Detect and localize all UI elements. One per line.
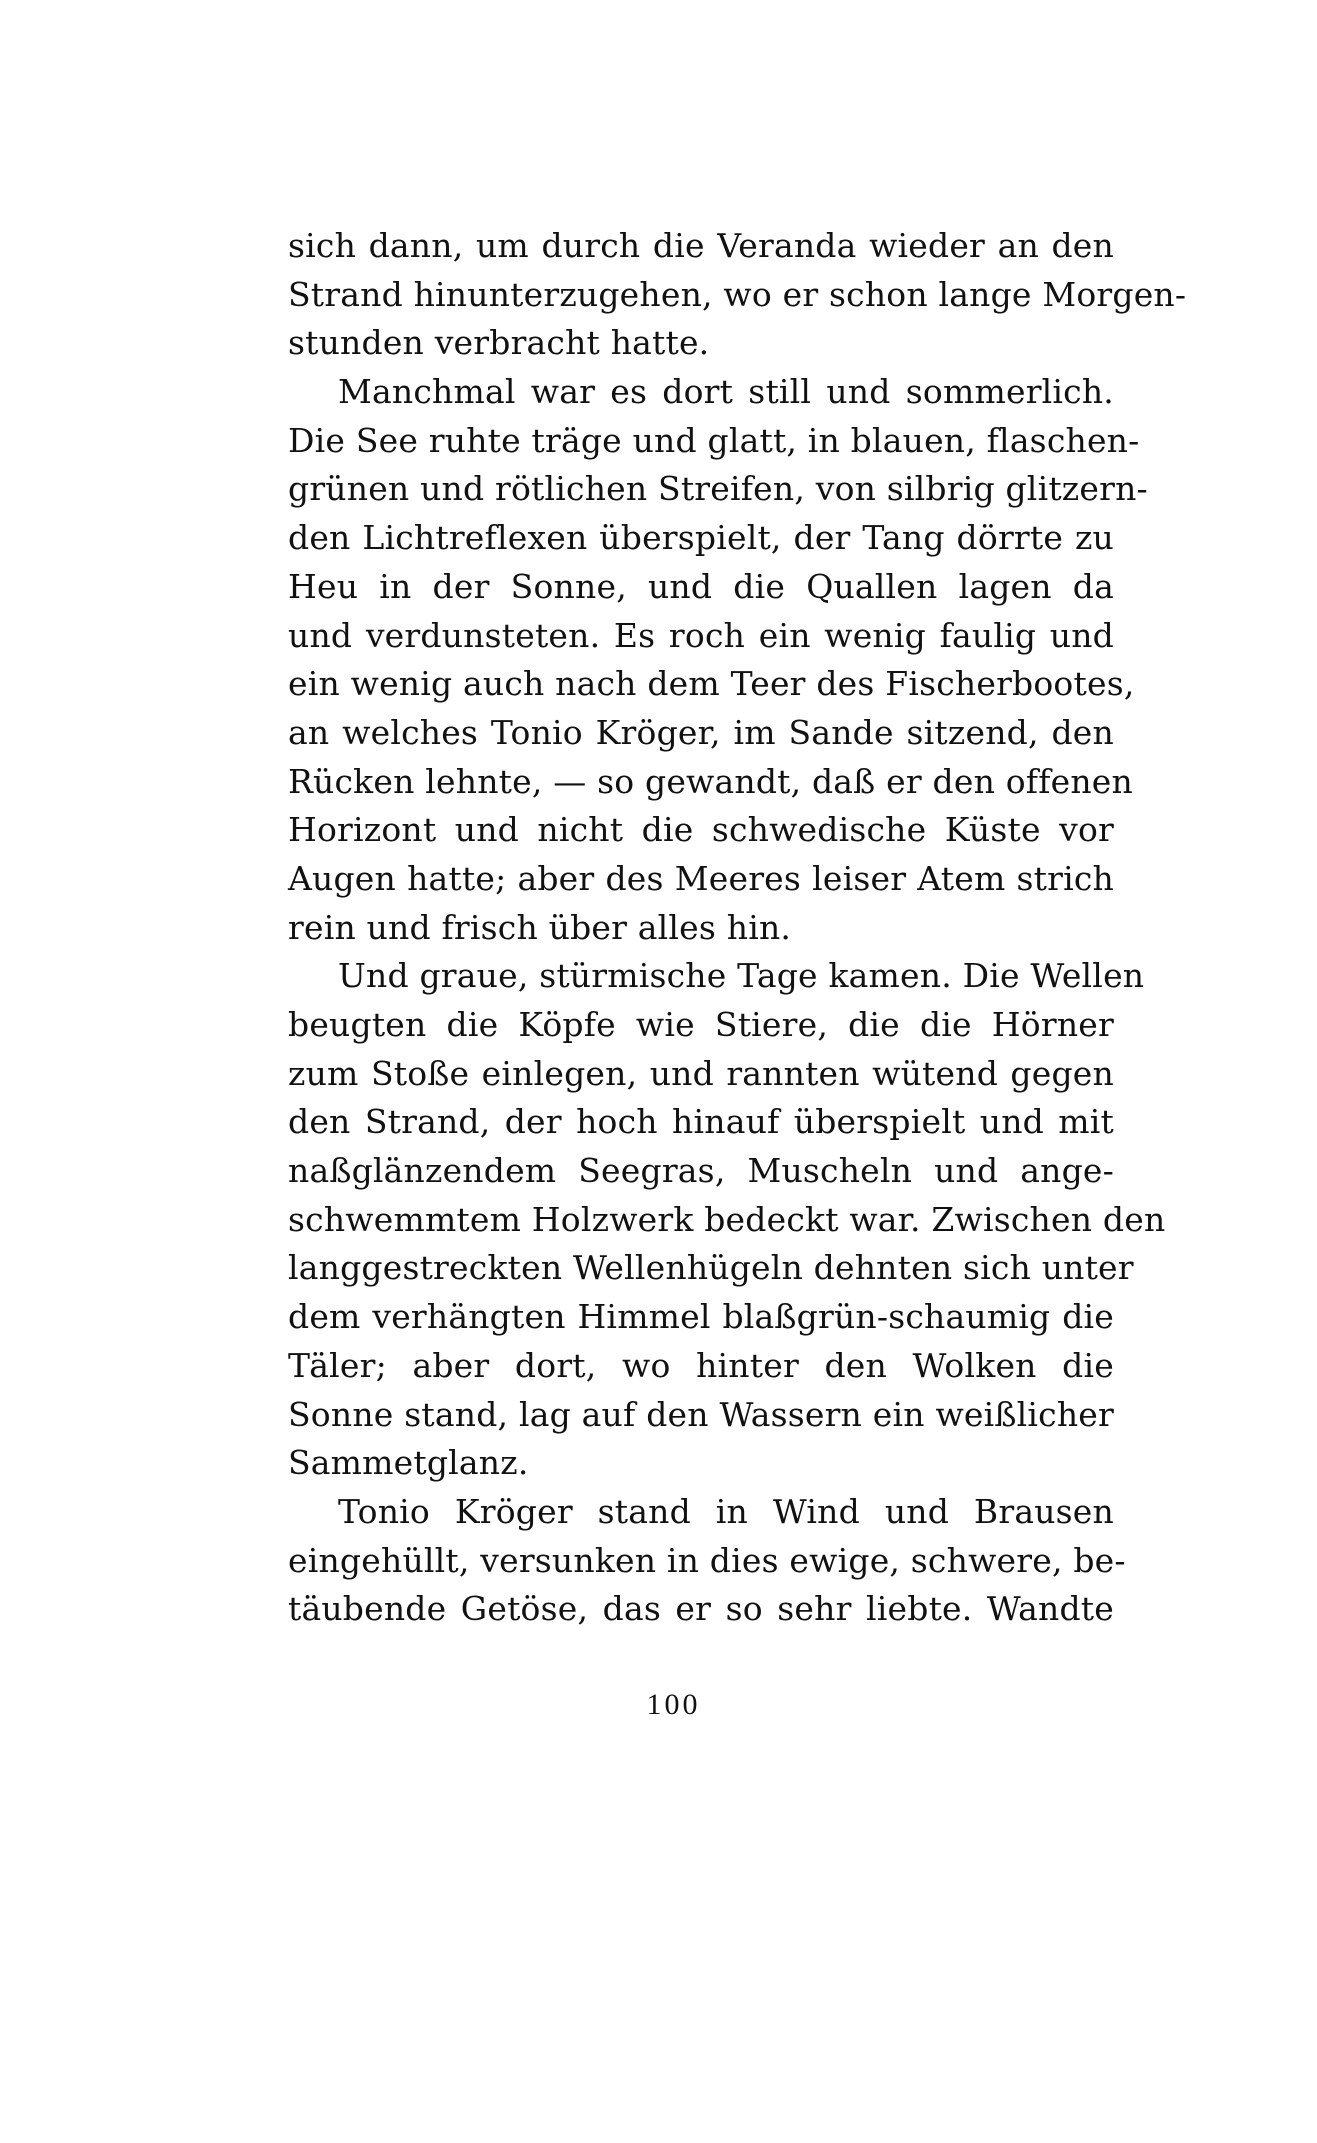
text-line: Die See ruhte träge und glatt, in blauen… xyxy=(288,417,1114,466)
paragraph-3: Und graue, stürmische Tage kamen. Die We… xyxy=(288,952,1114,1488)
text-line: an welches Tonio Kröger, im Sande sitzen… xyxy=(288,709,1114,758)
text-line: beugten die Köpfe wie Stiere, die die Hö… xyxy=(288,1001,1114,1050)
text-line: grünen und rötlichen Streifen, von silbr… xyxy=(288,465,1114,514)
text-line: Tonio Kröger stand in Wind und Brausen xyxy=(288,1488,1114,1537)
body-text: sich dann, um durch die Veranda wieder a… xyxy=(288,222,1114,1634)
text-line: und verdunsteten. Es roch ein wenig faul… xyxy=(288,612,1114,661)
text-line: eingehüllt, versunken in dies ewige, sch… xyxy=(288,1537,1114,1586)
text-line: schwemmtem Holzwerk bedeckt war. Zwische… xyxy=(288,1196,1114,1245)
text-line: zum Stoße einlegen, und rannten wütend g… xyxy=(288,1050,1114,1099)
text-line: stunden verbracht hatte. xyxy=(288,319,1114,368)
text-line: Heu in der Sonne, und die Quallen lagen … xyxy=(288,563,1114,612)
text-line: Täler; aber dort, wo hinter den Wolken d… xyxy=(288,1342,1114,1391)
text-line: sich dann, um durch die Veranda wieder a… xyxy=(288,222,1114,271)
text-line: Manchmal war es dort still und sommerlic… xyxy=(288,368,1114,417)
text-line: langgestreckten Wellenhügeln dehnten sic… xyxy=(288,1244,1114,1293)
text-line: rein und frisch über alles hin. xyxy=(288,904,1114,953)
text-line: Rücken lehnte, — so gewandt, daß er den … xyxy=(288,758,1114,807)
text-line: den Strand, der hoch hinauf überspielt u… xyxy=(288,1098,1114,1147)
text-line: Horizont und nicht die schwedische Küste… xyxy=(288,806,1114,855)
text-line: täubende Getöse, das er so sehr liebte. … xyxy=(288,1585,1114,1634)
text-line: naßglänzendem Seegras, Muscheln und ange… xyxy=(288,1147,1114,1196)
book-page: sich dann, um durch die Veranda wieder a… xyxy=(0,0,1317,2143)
text-line: Sonne stand, lag auf den Wassern ein wei… xyxy=(288,1391,1114,1440)
text-line: Strand hinunterzugehen, wo er schon lang… xyxy=(288,271,1114,320)
text-line: Sammetglanz. xyxy=(288,1439,1114,1488)
text-line: Und graue, stürmische Tage kamen. Die We… xyxy=(288,952,1114,1001)
text-line: ein wenig auch nach dem Teer des Fischer… xyxy=(288,660,1114,709)
paragraph-1: sich dann, um durch die Veranda wieder a… xyxy=(288,222,1114,368)
text-line: Augen hatte; aber des Meeres leiser Atem… xyxy=(288,855,1114,904)
paragraph-4: Tonio Kröger stand in Wind und Brausen e… xyxy=(288,1488,1114,1634)
text-line: dem verhängten Himmel blaßgrün-schaumig … xyxy=(288,1293,1114,1342)
paragraph-2: Manchmal war es dort still und sommerlic… xyxy=(288,368,1114,952)
page-number: 100 xyxy=(0,1688,1317,1722)
text-line: den Lichtreflexen überspielt, der Tang d… xyxy=(288,514,1114,563)
